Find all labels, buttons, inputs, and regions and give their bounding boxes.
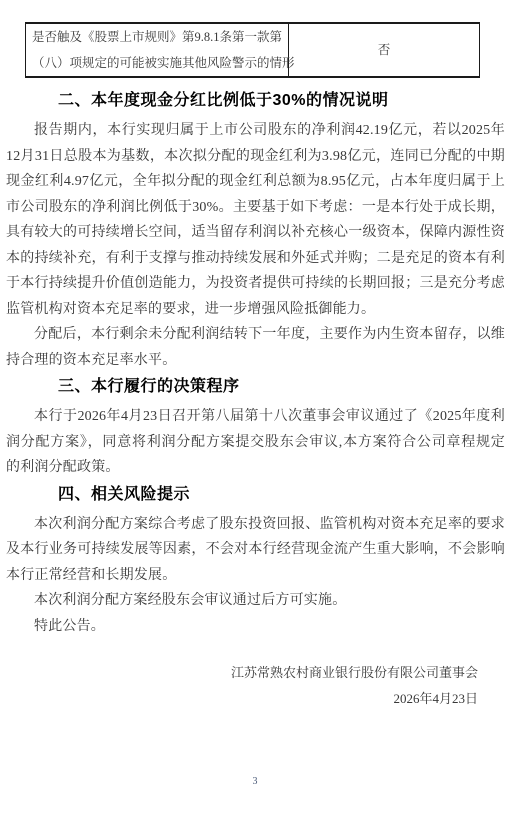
signature-company: 江苏常熟农村商业银行股份有限公司董事会 — [6, 660, 478, 686]
paragraph-line: 市公司股东的净利润比例低于30%。主要基于如下考虑：一是本行处于成长期， — [6, 195, 505, 221]
paragraph-line: 分配后，本行剩余未分配利润结转下一年度，主要作为内生资本留存，以维 — [6, 322, 505, 348]
risk-question-line1: 是否触及《股票上市规则》第9.8.1条第一款第 — [32, 24, 284, 50]
paragraph-line: 及本行业务可持续发展等因素，不会对本行经营现金流产生重大影响，不会影响 — [6, 537, 505, 563]
paragraph: 本次利润分配方案综合考虑了股东投资回报、监管机构对资本充足率的要求及本行业务可持… — [6, 512, 505, 589]
risk-warning-table: 是否触及《股票上市规则》第9.8.1条第一款第 （八）项规定的可能被实施其他风险… — [25, 22, 480, 78]
signature-date: 2026年4月23日 — [6, 686, 478, 712]
paragraph-line: 本次利润分配方案经股东会审议通过后方可实施。 — [6, 588, 505, 614]
risk-question-cell: 是否触及《股票上市规则》第9.8.1条第一款第 （八）项规定的可能被实施其他风险… — [26, 23, 289, 77]
paragraph-line: 监管机构对资本充足率的要求，进一步增强风险抵御能力。 — [6, 297, 505, 323]
paragraph-line: 现金红利4.97亿元，全年拟分配的现金红利总额为8.95亿元，占本年度归属于上 — [6, 169, 505, 195]
paragraph-line: 特此公告。 — [6, 614, 505, 640]
section-heading: 三、本行履行的决策程序 — [6, 375, 505, 399]
document-body: 二、本年度现金分红比例低于30%的情况说明报告期内，本行实现归属于上市公司股东的… — [6, 89, 505, 639]
paragraph-line: 的利润分配政策。 — [6, 455, 505, 481]
announcement-page: 是否触及《股票上市规则》第9.8.1条第一款第 （八）项规定的可能被实施其他风险… — [0, 0, 510, 813]
paragraph: 报告期内，本行实现归属于上市公司股东的净利润42.19亿元，若以2025年12月… — [6, 118, 505, 322]
section-heading: 二、本年度现金分红比例低于30%的情况说明 — [6, 89, 505, 113]
paragraph-line: 报告期内，本行实现归属于上市公司股东的净利润42.19亿元，若以2025年 — [6, 118, 505, 144]
paragraph-line: 本次利润分配方案综合考虑了股东投资回报、监管机构对资本充足率的要求 — [6, 512, 505, 538]
paragraph: 分配后，本行剩余未分配利润结转下一年度，主要作为内生资本留存，以维持合理的资本充… — [6, 322, 505, 373]
risk-question-line2: （八）项规定的可能被实施其他风险警示的情形 — [32, 50, 284, 76]
table-row: 是否触及《股票上市规则》第9.8.1条第一款第 （八）项规定的可能被实施其他风险… — [26, 23, 480, 77]
paragraph-line: 12月31日总股本为基数，本次拟分配的现金红利为3.98亿元，连同已分配的中期 — [6, 144, 505, 170]
paragraph: 本行于2026年4月23日召开第八届第十八次董事会审议通过了《2025年度利润分… — [6, 404, 505, 481]
paragraph-line: 本的持续补充，有利于支撑与推动持续发展和外延式并购；二是充足的资本有利 — [6, 246, 505, 272]
paragraph-line: 于本行持续提升价值创造能力，为投资者提供可持续的长期回报；三是充分考虑 — [6, 271, 505, 297]
paragraph-line: 具有较大的可持续增长空间，适当留存利润以补充核心一级资本，保障内源性资 — [6, 220, 505, 246]
page-number: 3 — [0, 776, 510, 787]
paragraph-line: 持合理的资本充足率水平。 — [6, 348, 505, 374]
section-heading: 四、相关风险提示 — [6, 483, 505, 507]
paragraph-line: 本行于2026年4月23日召开第八届第十八次董事会审议通过了《2025年度利 — [6, 404, 505, 430]
paragraph-line: 润分配方案》，同意将利润分配方案提交股东会审议,本方案符合公司章程规定 — [6, 430, 505, 456]
paragraph: 本次利润分配方案经股东会审议通过后方可实施。 — [6, 588, 505, 614]
paragraph: 特此公告。 — [6, 614, 505, 640]
paragraph-line: 本行正常经营和长期发展。 — [6, 563, 505, 589]
signature-block: 江苏常熟农村商业银行股份有限公司董事会 2026年4月23日 — [6, 660, 505, 712]
risk-answer-cell: 否 — [289, 23, 480, 77]
